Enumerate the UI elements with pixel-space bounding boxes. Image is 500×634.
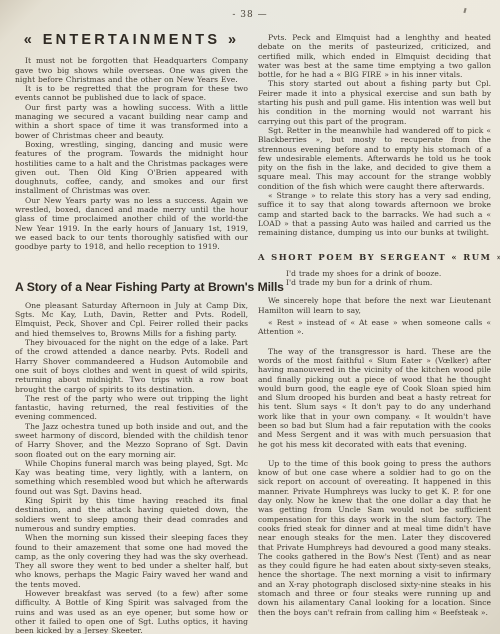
right-column: Pvts. Peck and Elmquist had a lenghthy a… [258, 33, 491, 634]
paragraph: « Rest » instead of « At ease » when som… [258, 318, 491, 337]
paragraph: « Strange » to relate this story has a v… [258, 191, 491, 237]
page-body: « ENTERTAINMENTS » It must not be forgot… [0, 20, 500, 634]
paragraph: Boxing, wrestling, singing, dancing and … [15, 140, 248, 196]
paragraph: The rest of the party who were out tripp… [15, 394, 248, 422]
page-number: - 38 — [0, 0, 500, 20]
entertainments-heading: « ENTERTAINMENTS » [15, 36, 248, 45]
paragraph: Up to the time of this book going to pre… [258, 459, 491, 617]
paragraph: This story started out about a fishing p… [258, 79, 491, 125]
paragraph: However breakfast was served (to a few) … [15, 589, 248, 634]
paragraph: It must not be forgotten that Headquarte… [15, 56, 248, 84]
left-column: « ENTERTAINMENTS » It must not be forgot… [15, 33, 248, 634]
paragraph: We sincerely hope that before the next w… [258, 296, 491, 315]
paragraph: The way of the transgressor is hard. The… [258, 347, 491, 449]
paragraph: King Spirit by this time having reached … [15, 496, 248, 533]
paragraph: The Jazz ochestra tuned up both inside a… [15, 422, 248, 459]
poem-line: I'd trade my shoes for a drink of booze. [286, 269, 491, 278]
fishing-story-heading: A Story of a Near Fishing Party at Brown… [15, 283, 243, 292]
paragraph: It is to be regretted that the program f… [15, 84, 248, 103]
paragraph: Pvts. Peck and Elmquist had a lenghthy a… [258, 33, 491, 79]
paragraph: When the morning sun kissed their sleepi… [15, 533, 248, 589]
paragraph: Our New Years party was no less a succes… [15, 196, 248, 252]
paragraph: Our first party was a howling success. W… [15, 103, 248, 140]
poem: I'd trade my shoes for a drink of booze.… [286, 269, 491, 288]
paragraph: While Chopins funeral march was being pl… [15, 459, 248, 496]
paragraph: Sgt. Retter in the meanwhile had wandere… [258, 126, 491, 191]
paragraph: One pleasant Saturday Afternoon in July … [15, 301, 248, 338]
poem-heading: A SHORT POEM BY SERGEANT « RUM » [258, 253, 491, 262]
paragraph: They bivouaced for the night on the edge… [15, 338, 248, 394]
poem-line: I'd trade my bun for a drink of rhum. [286, 278, 491, 287]
